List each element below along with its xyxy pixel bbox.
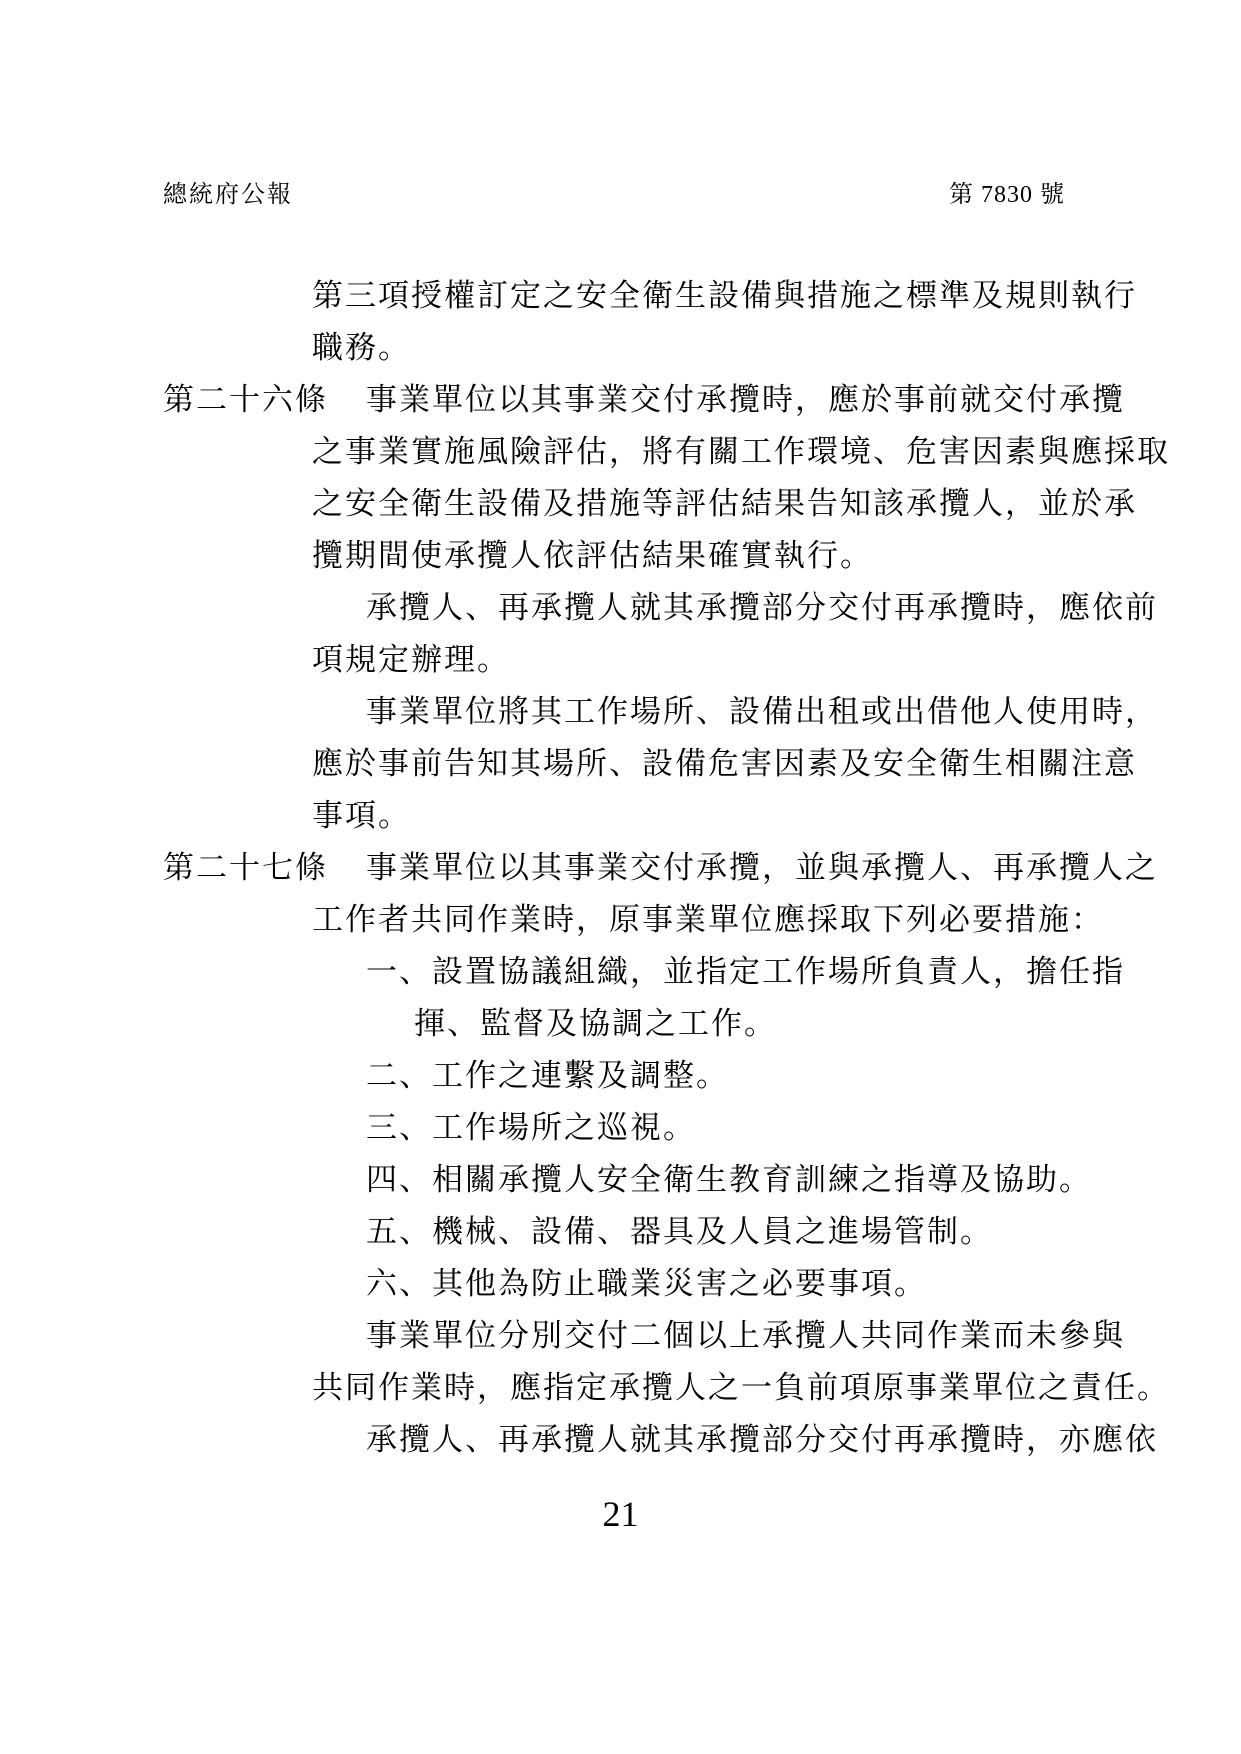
text-line: 事業單位分別交付二個以上承攬人共同作業而未參與: [0, 1310, 1241, 1362]
line-text: 事業單位以其事業交付承攬時，應於事前就交付承攬: [366, 382, 1125, 417]
text-line: 承攬人、再承攬人就其承攬部分交付再承攬時，亦應依: [0, 1414, 1241, 1466]
line-text: 應於事前告知其場所、設備危害因素及安全衛生相關注意: [312, 746, 1137, 781]
text-line: 承攬人、再承攬人就其承攬部分交付再承攬時，應依前: [0, 582, 1241, 634]
line-text: 項規定辦理。: [312, 642, 510, 677]
article-number-label: 第二十六條: [163, 374, 366, 426]
text-line: 之事業實施風險評估，將有關工作環境、危害因素與應採取: [0, 426, 1241, 478]
line-text: 職務。: [312, 330, 411, 365]
article-line: 第二十六條事業單位以其事業交付承攬時，應於事前就交付承攬: [0, 374, 1241, 426]
line-text: 承攬人、再承攬人就其承攬部分交付再承攬時，亦應依: [366, 1422, 1158, 1457]
text-line: 之安全衛生設備及措施等評估結果告知該承攬人，並於承: [0, 478, 1241, 530]
issue-number: 第 7830 號: [949, 178, 1065, 212]
line-text: 工作者共同作業時，原事業單位應採取下列必要措施：: [312, 902, 1104, 937]
line-text: 事項。: [312, 798, 411, 833]
line-text: 第三項授權訂定之安全衛生設備與措施之標準及規則執行: [312, 278, 1137, 313]
gazette-page: 總統府公報 第 7830 號 第三項授權訂定之安全衛生設備與措施之標準及規則執行…: [0, 0, 1241, 1754]
line-text: 事業單位以其事業交付承攬，並與承攬人、再承攬人之: [366, 850, 1158, 885]
text-line: 攬期間使承攬人依評估結果確實執行。: [0, 530, 1241, 582]
text-line: 三、工作場所之巡視。: [0, 1102, 1241, 1154]
text-line: 五、機械、設備、器具及人員之進場管制。: [0, 1206, 1241, 1258]
page-header: 總統府公報 第 7830 號: [0, 178, 1241, 212]
text-line: 四、相關承攬人安全衛生教育訓練之指導及協助。: [0, 1154, 1241, 1206]
line-text: 三、工作場所之巡視。: [366, 1110, 696, 1145]
text-line: 職務。: [0, 322, 1241, 374]
line-text: 二、工作之連繫及調整。: [366, 1058, 729, 1093]
line-text: 五、機械、設備、器具及人員之進場管制。: [366, 1214, 993, 1249]
text-line: 共同作業時，應指定承攬人之一負前項原事業單位之責任。: [0, 1362, 1241, 1414]
text-line: 揮、監督及協調之工作。: [0, 998, 1241, 1050]
line-text: 六、其他為防止職業災害之必要事項。: [366, 1266, 927, 1301]
line-text: 揮、監督及協調之工作。: [414, 1006, 777, 1041]
page-number: 21: [0, 1492, 1241, 1536]
document-body: 第三項授權訂定之安全衛生設備與措施之標準及規則執行職務。第二十六條事業單位以其事…: [0, 270, 1241, 1466]
text-line: 二、工作之連繫及調整。: [0, 1050, 1241, 1102]
line-text: 事業單位分別交付二個以上承攬人共同作業而未參與: [366, 1318, 1125, 1353]
text-line: 工作者共同作業時，原事業單位應採取下列必要措施：: [0, 894, 1241, 946]
text-line: 六、其他為防止職業災害之必要事項。: [0, 1258, 1241, 1310]
line-text: 攬期間使承攬人依評估結果確實執行。: [312, 538, 873, 573]
line-text: 事業單位將其工作場所、設備出租或出借他人使用時，: [366, 694, 1158, 729]
text-line: 一、設置協議組織，並指定工作場所負責人，擔任指: [0, 946, 1241, 998]
line-text: 共同作業時，應指定承攬人之一負前項原事業單位之責任。: [312, 1370, 1170, 1405]
line-text: 之安全衛生設備及措施等評估結果告知該承攬人，並於承: [312, 486, 1137, 521]
article-line: 第二十七條事業單位以其事業交付承攬，並與承攬人、再承攬人之: [0, 842, 1241, 894]
article-number-label: 第二十七條: [163, 842, 366, 894]
text-line: 應於事前告知其場所、設備危害因素及安全衛生相關注意: [0, 738, 1241, 790]
text-line: 事項。: [0, 790, 1241, 842]
text-line: 項規定辦理。: [0, 634, 1241, 686]
line-text: 承攬人、再承攬人就其承攬部分交付再承攬時，應依前: [366, 590, 1158, 625]
text-line: 第三項授權訂定之安全衛生設備與措施之標準及規則執行: [0, 270, 1241, 322]
line-text: 之事業實施風險評估，將有關工作環境、危害因素與應採取: [312, 434, 1170, 469]
line-text: 一、設置協議組織，並指定工作場所負責人，擔任指: [366, 954, 1125, 989]
text-line: 事業單位將其工作場所、設備出租或出借他人使用時，: [0, 686, 1241, 738]
line-text: 四、相關承攬人安全衛生教育訓練之指導及協助。: [366, 1162, 1092, 1197]
publication-title: 總統府公報: [163, 178, 293, 212]
